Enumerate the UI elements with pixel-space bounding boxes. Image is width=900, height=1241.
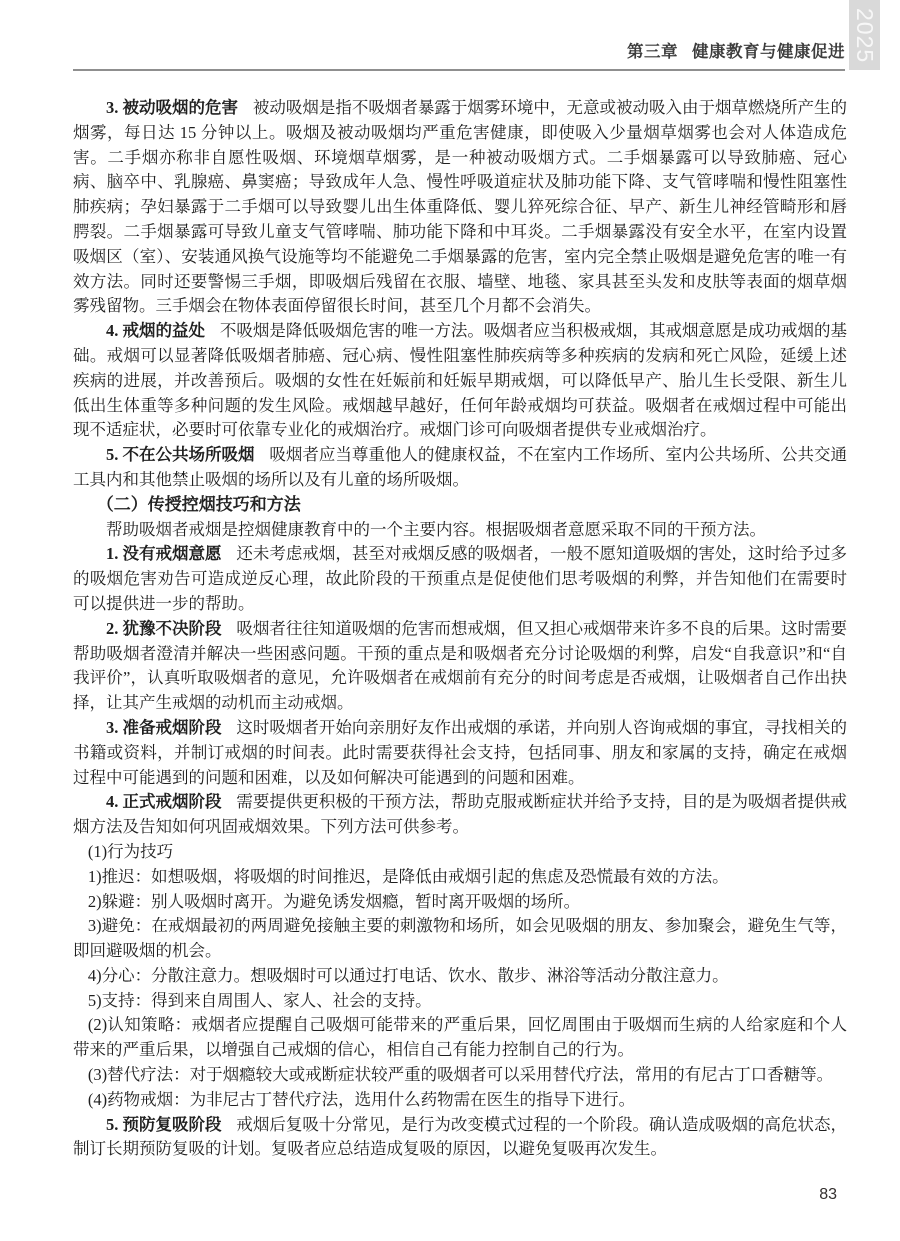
- article-body: 3. 被动吸烟的危害被动吸烟是指不吸烟者暴露于烟雾环境中，无意或被动吸入由于烟草…: [73, 96, 847, 1162]
- paragraph: 2. 犹豫不决阶段吸烟者往往知道吸烟的危害而想戒烟，但又担心戒烟带来许多不良的后…: [73, 617, 847, 716]
- year-watermark-text: 2025: [851, 8, 878, 63]
- paragraph: 3)避免：在戒烟最初的两周避免接触主要的刺激物和场所，如会见吸烟的朋友、参加聚会…: [73, 914, 847, 964]
- paragraph: 3. 准备戒烟阶段这时吸烟者开始向亲朋好友作出戒烟的承诺，并向别人咨询戒烟的事宜…: [73, 716, 847, 790]
- paragraph: 2)躲避：别人吸烟时离开。为避免诱发烟瘾，暂时离开吸烟的场所。: [73, 890, 847, 915]
- sub-heading: （二）传授控烟技巧和方法: [73, 493, 847, 518]
- section-lead: 4. 戒烟的益处: [106, 321, 205, 340]
- paragraph-text: 4)分心：分散注意力。想吸烟时可以通过打电话、饮水、散步、淋浴等活动分散注意力。: [88, 966, 729, 985]
- page-number: 83: [0, 1186, 837, 1204]
- chapter-number: 第三章: [627, 43, 678, 61]
- paragraph-text: 2)躲避：别人吸烟时离开。为避免诱发烟瘾，暂时离开吸烟的场所。: [88, 892, 580, 911]
- paragraph-text: 5)支持：得到来自周围人、家人、社会的支持。: [88, 991, 432, 1010]
- section-lead: 3. 被动吸烟的危害: [106, 98, 238, 117]
- paragraph: 帮助吸烟者戒烟是控烟健康教育中的一个主要内容。根据吸烟者意愿采取不同的干预方法。: [73, 518, 847, 543]
- section-lead: 2. 犹豫不决阶段: [106, 619, 222, 638]
- paragraph: (4)药物戒烟：为非尼古丁替代疗法，选用什么药物需在医生的指导下进行。: [73, 1088, 847, 1113]
- paragraph-text: （二）传授控烟技巧和方法: [97, 495, 301, 514]
- paragraph-text: 3)避免：在戒烟最初的两周避免接触主要的刺激物和场所，如会见吸烟的朋友、参加聚会…: [73, 916, 847, 960]
- paragraph: 3. 被动吸烟的危害被动吸烟是指不吸烟者暴露于烟雾环境中，无意或被动吸入由于烟草…: [73, 96, 847, 319]
- section-lead: 5. 预防复吸阶段: [106, 1115, 222, 1134]
- paragraph-text: 被动吸烟是指不吸烟者暴露于烟雾环境中，无意或被动吸入由于烟草燃烧所产生的烟雾，每…: [73, 98, 847, 315]
- paragraph-text: (4)药物戒烟：为非尼古丁替代疗法，选用什么药物需在医生的指导下进行。: [88, 1090, 635, 1109]
- header-rule: [73, 69, 845, 71]
- paragraph: 1)推迟：如想吸烟，将吸烟的时间推迟，是降低由戒烟引起的焦虑及恐慌最有效的方法。: [73, 865, 847, 890]
- paragraph: 4. 戒烟的益处不吸烟是降低吸烟危害的唯一方法。吸烟者应当积极戒烟，其戒烟意愿是…: [73, 319, 847, 443]
- book-page: { "header": { "chapter_label": "第三章", "c…: [0, 0, 900, 1241]
- paragraph-text: 帮助吸烟者戒烟是控烟健康教育中的一个主要内容。根据吸烟者意愿采取不同的干预方法。: [106, 520, 766, 539]
- paragraph-text: (3)替代疗法：对于烟瘾较大或戒断症状较严重的吸烟者可以采用替代疗法，常用的有尼…: [88, 1065, 833, 1084]
- year-watermark-tab: 2025: [849, 0, 880, 70]
- paragraph: 5. 预防复吸阶段戒烟后复吸十分常见，是行为改变模式过程的一个阶段。确认造成吸烟…: [73, 1113, 847, 1163]
- paragraph-text: (1)行为技巧: [88, 842, 173, 861]
- paragraph: 4)分心：分散注意力。想吸烟时可以通过打电话、饮水、散步、淋浴等活动分散注意力。: [73, 964, 847, 989]
- paragraph: (1)行为技巧: [73, 840, 847, 865]
- section-lead: 3. 准备戒烟阶段: [106, 718, 222, 737]
- section-lead: 4. 正式戒烟阶段: [106, 792, 222, 811]
- paragraph-text: 1)推迟：如想吸烟，将吸烟的时间推迟，是降低由戒烟引起的焦虑及恐慌最有效的方法。: [88, 867, 729, 886]
- section-lead: 1. 没有戒烟意愿: [106, 544, 222, 563]
- paragraph-text: (2)认知策略：戒烟者应提醒自己吸烟可能带来的严重后果，回忆周围由于吸烟而生病的…: [73, 1015, 847, 1059]
- chapter-title: 健康教育与健康促进: [692, 43, 845, 61]
- paragraph: (3)替代疗法：对于烟瘾较大或戒断症状较严重的吸烟者可以采用替代疗法，常用的有尼…: [73, 1063, 847, 1088]
- section-lead: 5. 不在公共场所吸烟: [106, 445, 255, 464]
- paragraph: 5. 不在公共场所吸烟吸烟者应当尊重他人的健康权益，不在室内工作场所、室内公共场…: [73, 443, 847, 493]
- paragraph: 5)支持：得到来自周围人、家人、社会的支持。: [73, 989, 847, 1014]
- paragraph: (2)认知策略：戒烟者应提醒自己吸烟可能带来的严重后果，回忆周围由于吸烟而生病的…: [73, 1013, 847, 1063]
- paragraph: 4. 正式戒烟阶段需要提供更积极的干预方法，帮助克服戒断症状并给予支持，目的是为…: [73, 790, 847, 840]
- running-header: 第三章健康教育与健康促进: [73, 38, 845, 62]
- paragraph: 1. 没有戒烟意愿还未考虑戒烟，甚至对戒烟反感的吸烟者，一般不愿知道吸烟的害处，…: [73, 542, 847, 616]
